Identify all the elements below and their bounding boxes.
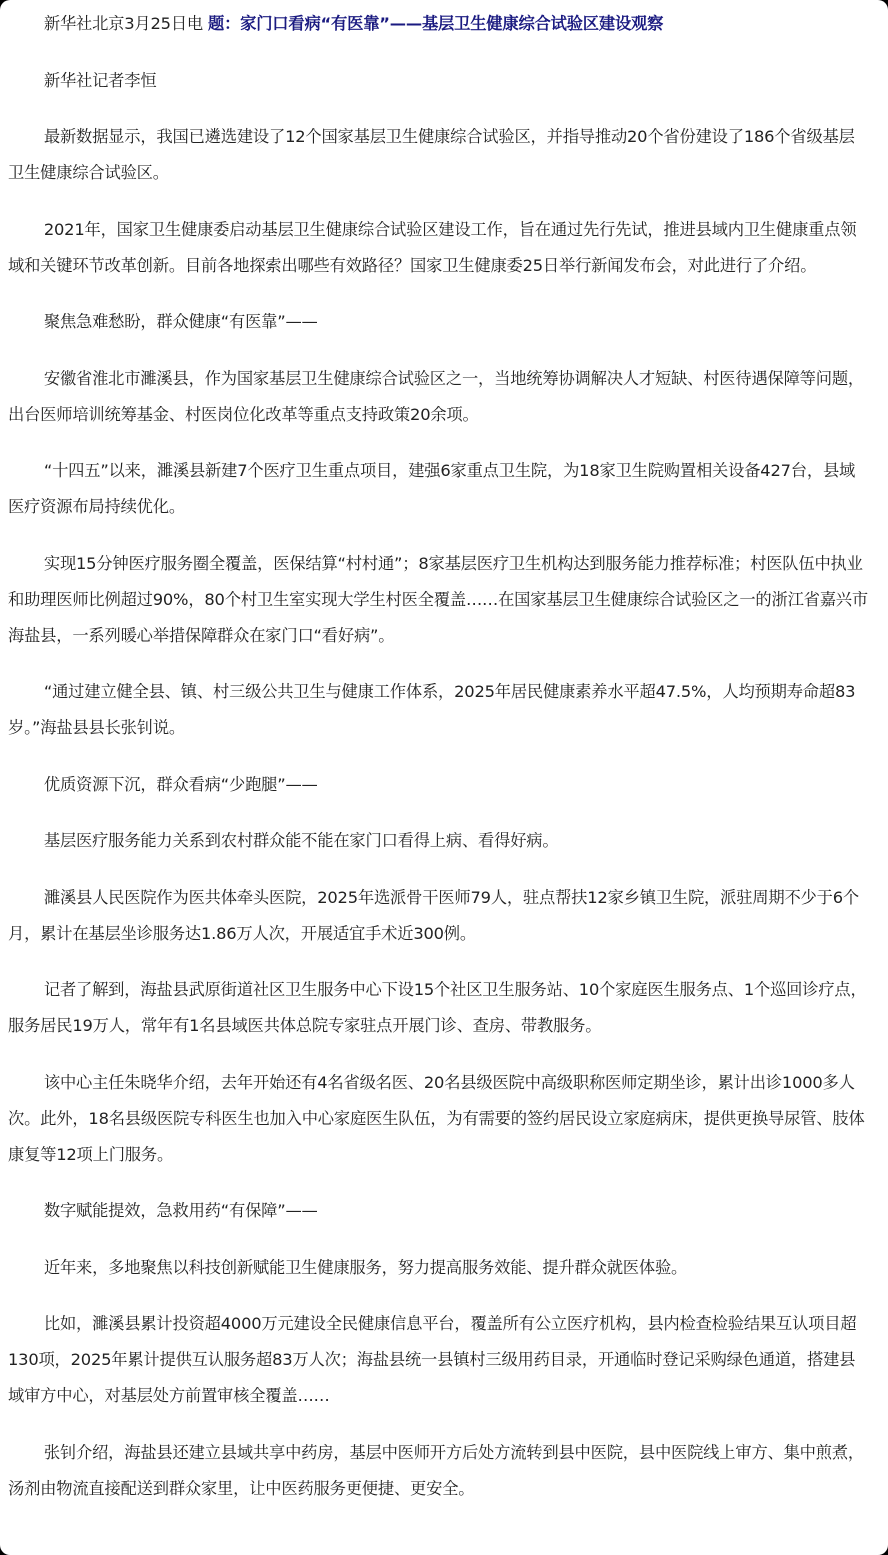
paragraph: 基层医疗服务能力关系到农村群众能不能在家门口看得上病、看得好病。 bbox=[8, 823, 868, 859]
article-page: 新华社北京3月25日电 题：家门口看病“有医靠”——基层卫生健康综合试验区建设观… bbox=[0, 0, 888, 1555]
byline: 新华社记者李恒 bbox=[8, 63, 868, 99]
paragraph: 安徽省淮北市濉溪县，作为国家基层卫生健康综合试验区之一，当地统筹协调解决人才短缺… bbox=[8, 361, 868, 433]
paragraph: 张钊介绍，海盐县还建立县域共享中药房，基层中医师开方后处方流转到县中医院，县中医… bbox=[8, 1435, 868, 1507]
paragraph: 比如，濉溪县累计投资超4000万元建设全民健康信息平台，覆盖所有公立医疗机构，县… bbox=[8, 1306, 868, 1414]
paragraph: 濉溪县人民医院作为医共体牵头医院，2025年选派骨干医师79人，驻点帮扶12家乡… bbox=[8, 880, 868, 952]
article-headline: 新华社北京3月25日电 题：家门口看病“有医靠”——基层卫生健康综合试验区建设观… bbox=[8, 6, 868, 42]
paragraph: “十四五”以来，濉溪县新建7个医疗卫生重点项目，建强6家重点卫生院，为18家卫生… bbox=[8, 453, 868, 525]
paragraph: 2021年，国家卫生健康委启动基层卫生健康综合试验区建设工作，旨在通过先行先试，… bbox=[8, 212, 868, 284]
article-title: 题：家门口看病“有医靠”——基层卫生健康综合试验区建设观察 bbox=[208, 14, 663, 33]
paragraph: 最新数据显示，我国已遴选建设了12个国家基层卫生健康综合试验区，并指导推动20个… bbox=[8, 119, 868, 191]
section-heading: 数字赋能提效，急救用药“有保障”—— bbox=[8, 1193, 868, 1229]
paragraph: 近年来，多地聚焦以科技创新赋能卫生健康服务，努力提高服务效能、提升群众就医体验。 bbox=[8, 1250, 868, 1286]
dateline: 新华社北京3月25日电 bbox=[44, 14, 203, 33]
paragraph: 实现15分钟医疗服务圈全覆盖，医保结算“村村通”；8家基层医疗卫生机构达到服务能… bbox=[8, 546, 868, 654]
paragraph: 该中心主任朱晓华介绍，去年开始还有4名省级名医、20名县级医院中高级职称医师定期… bbox=[8, 1065, 868, 1173]
paragraph: 记者了解到，海盐县武原街道社区卫生服务中心下设15个社区卫生服务站、10个家庭医… bbox=[8, 972, 868, 1044]
quote-paragraph: “通过建立健全县、镇、村三级公共卫生与健康工作体系，2025年居民健康素养水平超… bbox=[8, 674, 868, 746]
section-heading: 聚焦急难愁盼，群众健康“有医靠”—— bbox=[8, 304, 868, 340]
section-heading: 优质资源下沉，群众看病“少跑腿”—— bbox=[8, 767, 868, 803]
